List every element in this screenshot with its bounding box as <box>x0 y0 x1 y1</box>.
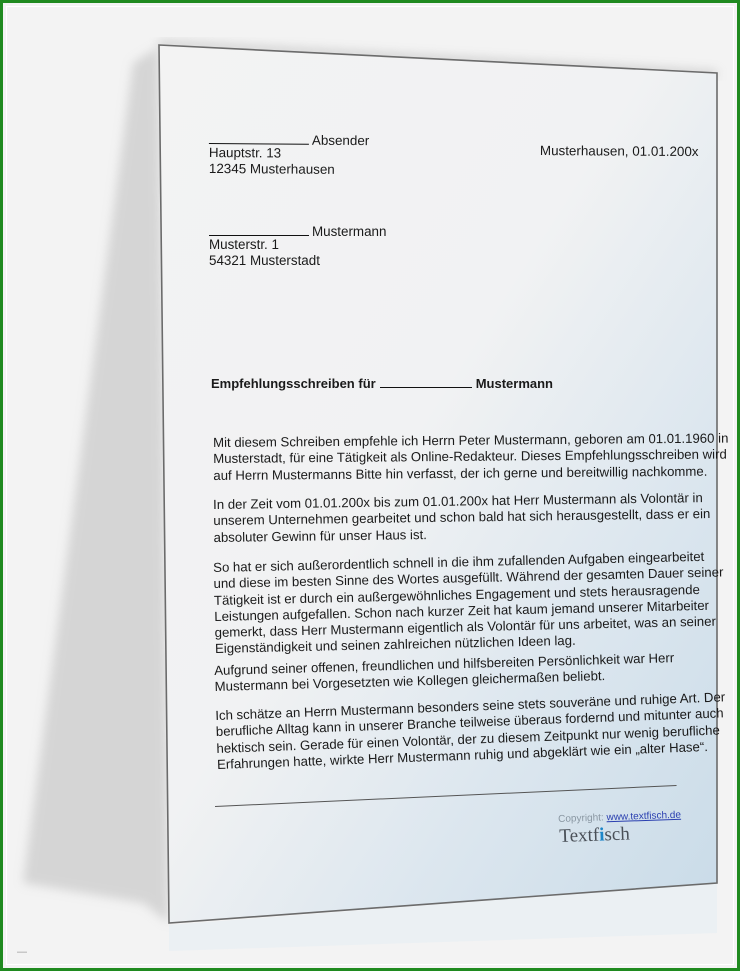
recipient-label: Mustermann <box>312 224 386 239</box>
subject-line: Empfehlungsschreiben fürMustermann <box>211 375 553 392</box>
recipient-street: Musterstr. 1 <box>209 237 279 253</box>
footer-divider <box>215 785 677 807</box>
copyright-notice: Copyright: www.textfisch.de <box>558 810 681 825</box>
image-frame: Absender Hauptstr. 13 12345 Musterhausen… <box>0 0 740 971</box>
paragraph-1: Mit diesem Schreiben empfehle ich Herrn … <box>213 431 729 484</box>
sender-city: 12345 Musterhausen <box>209 161 335 178</box>
place-date: Musterhausen, 01.01.200x <box>540 143 699 160</box>
textfisch-logo: Textfisch <box>559 824 630 848</box>
watermark: ▬▬ <box>17 949 27 955</box>
recipient-city: 54321 Musterstadt <box>209 253 320 269</box>
sender-name-blank <box>209 131 309 145</box>
paragraph-3: So hat er sich außerordentlich schnell i… <box>213 548 725 657</box>
recipient-name-blank <box>209 223 309 236</box>
paragraph-5: Ich schätze an Herrn Mustermann besonder… <box>215 689 727 773</box>
sender-label: Absender <box>312 133 369 148</box>
paragraph-4: Aufgrund seiner offenen, freundlichen un… <box>214 650 675 695</box>
copyright-link[interactable]: www.textfisch.de <box>606 810 681 824</box>
copyright-label: Copyright: <box>558 812 604 825</box>
subject-suffix: Mustermann <box>476 376 553 391</box>
sender-street: Hauptstr. 13 <box>209 145 281 162</box>
subject-blank <box>380 375 472 388</box>
subject-prefix: Empfehlungsschreiben für <box>211 376 376 391</box>
paragraph-2: In der Zeit vom 01.01.200x bis zum 01.01… <box>213 490 711 546</box>
